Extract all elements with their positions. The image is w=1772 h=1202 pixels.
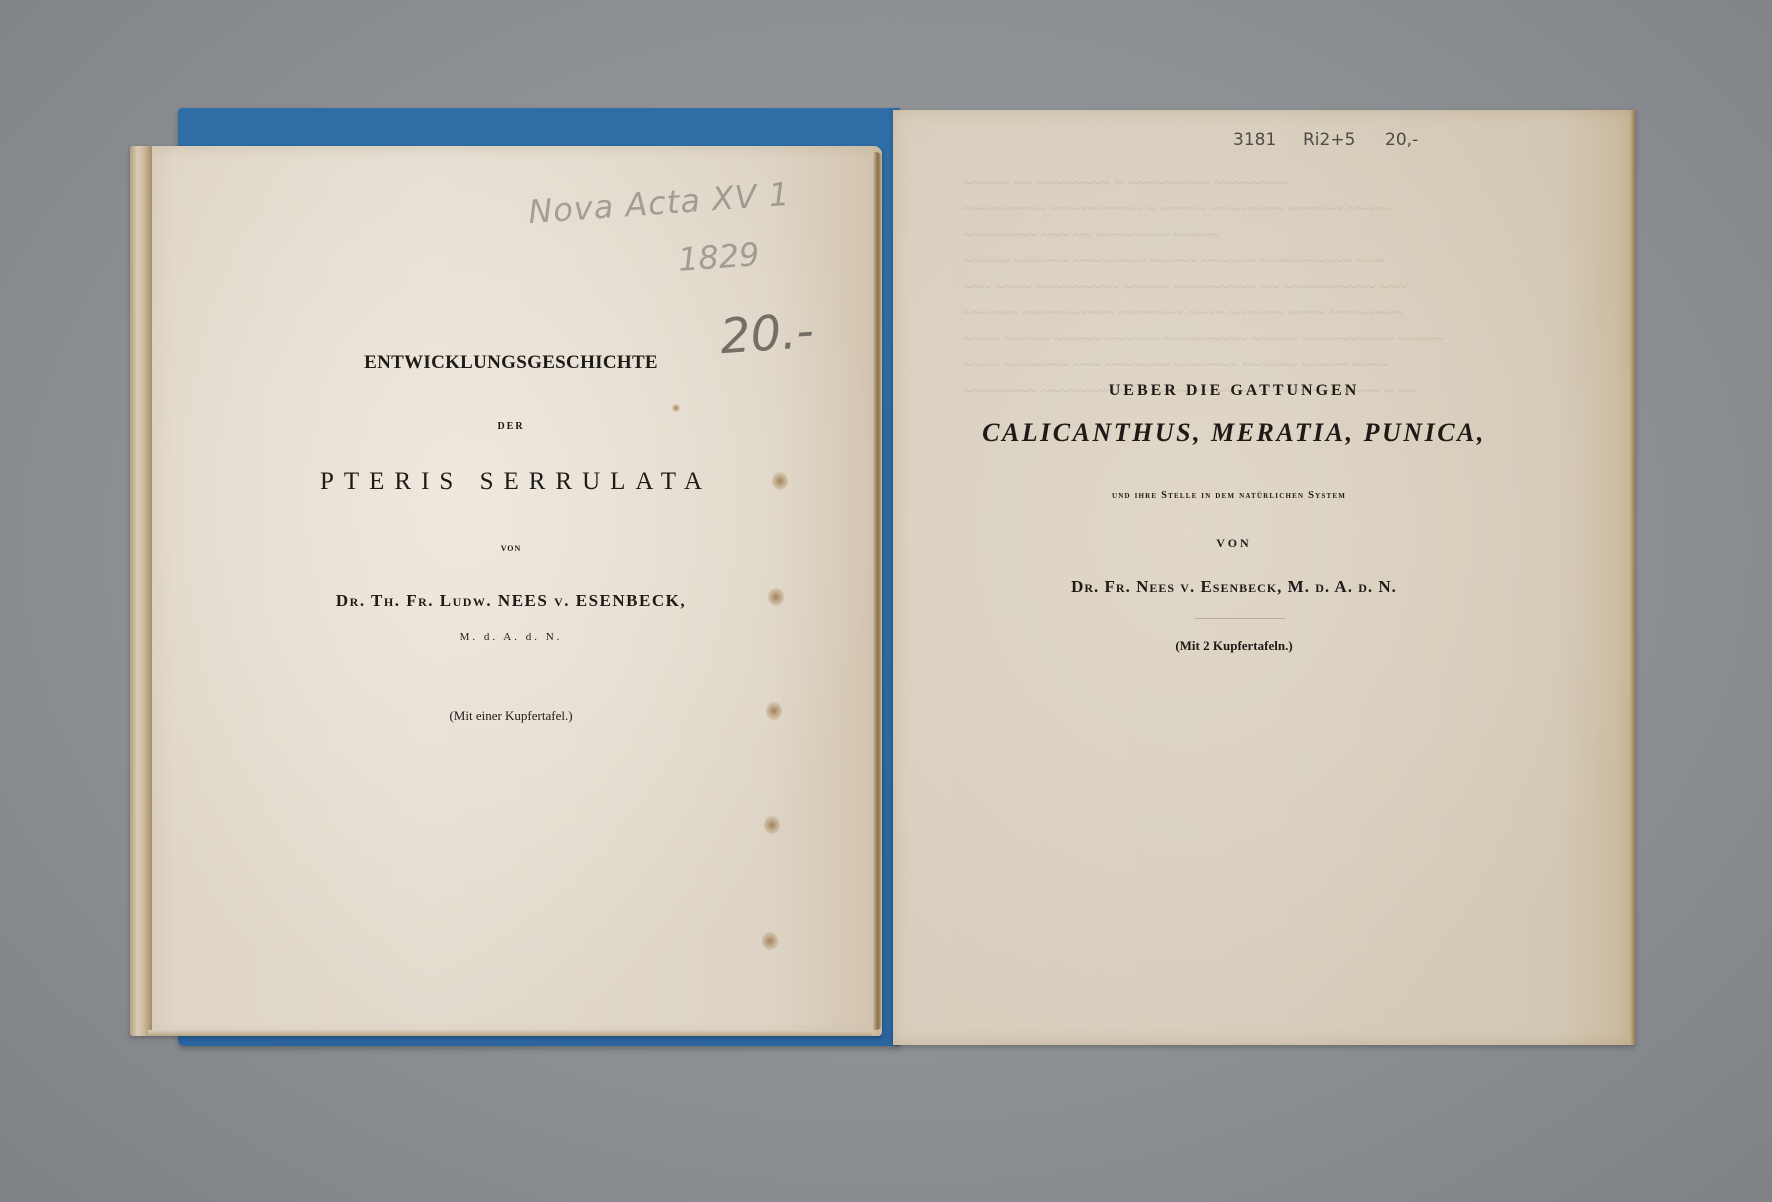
foxing-spot (762, 932, 778, 950)
ink-note-shelf-mark: 3181 (1233, 130, 1276, 150)
page-plates-note: (Mit 2 Kupfertafeln.) (893, 638, 1635, 654)
page-subtitle: und ihre Stelle in dem natürlichen Syste… (893, 490, 1635, 501)
page-author: Dr. Fr. Nees v. Esenbeck, M. d. A. d. N. (893, 577, 1635, 597)
booklet-membership: M. d. A. d. N. (130, 631, 882, 643)
foxing-spot (766, 702, 782, 720)
foxing-spot (764, 816, 780, 834)
pencil-note-year: 1829 (677, 235, 761, 279)
pencil-note-series: Nova Acta XV 1 (527, 175, 791, 231)
booklet-title: ENTWICKLUNGSGESCHICHTE (130, 352, 882, 374)
page-genera-title: CALICANTHUS, MERATIA, PUNICA, (893, 418, 1635, 448)
ink-note-price: 20,- (1385, 130, 1418, 150)
foxing-spot (772, 472, 788, 490)
right-book-title-page: ~~~~~ ~~ ~~~~~~~~ ~ ~~~~~~~~~ ~~~~~~~~ ~… (893, 110, 1635, 1045)
left-booklet-title-page: Nova Acta XV 1 1829 20.- ENTWICKLUNGSGES… (130, 146, 882, 1036)
booklet-article: DER (130, 421, 882, 432)
booklet-von: VON (130, 544, 882, 553)
bleed-through-text: ~~~~~ ~~ ~~~~~~~~ ~ ~~~~~~~~~ ~~~~~~~~ ~… (963, 170, 1563, 404)
foxing-spot (672, 404, 680, 412)
photo-scene: Nova Acta XV 1 1829 20.- ENTWICKLUNGSGES… (0, 0, 1772, 1202)
ink-note-reference: Ri2+5 (1303, 130, 1355, 150)
booklet-bottom-edge (148, 1030, 872, 1036)
foxing-spot (768, 588, 784, 606)
booklet-species-name: PTERIS SERRULATA (130, 468, 882, 496)
page-heading: UEBER DIE GATTUNGEN (893, 382, 1635, 400)
page-divider-rule (1195, 618, 1285, 619)
page-von: VON (893, 536, 1635, 551)
